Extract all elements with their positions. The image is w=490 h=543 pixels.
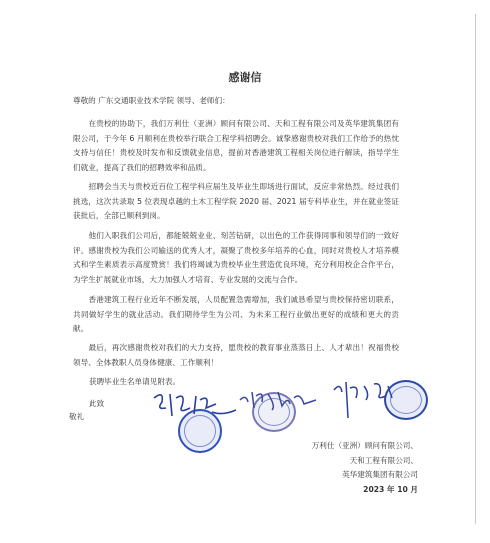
signatory-block: 万利仕（亚洲）顾问有限公司、 天和工程有限公司、 英华建筑集团有限公司 2023… bbox=[250, 439, 418, 497]
signature-3-icon bbox=[330, 378, 400, 423]
paragraph-5: 最后，再次感谢贵校对我们的大力支持，愿贵校的教育事业蒸蒸日上、人才辈出！祝福贵校… bbox=[73, 341, 399, 370]
page-edge-divider bbox=[475, 14, 476, 524]
paragraph-4: 香港建筑工程行业近年不断发展，人员配置急需增加，我们诚恳希望与贵校保持密切联系，… bbox=[73, 293, 399, 337]
letter-date: 2023 年 10 月 bbox=[250, 483, 418, 498]
signature-2-icon bbox=[238, 386, 318, 416]
attachment-note: 获聘毕业生名单请见附表。 bbox=[89, 376, 180, 387]
paragraph-3: 他们入职我们公司后，都能兢兢业业、刻苦钻研，以出色的工作获得同事和领导们的一致好… bbox=[73, 229, 399, 287]
closing-line-2: 敬礼 bbox=[69, 411, 84, 422]
signature-1-icon bbox=[150, 388, 240, 423]
signatory-1: 万利仕（亚洲）顾问有限公司、 bbox=[250, 439, 418, 454]
paragraph-2: 招聘会当天与贵校近百位工程学科应届生及毕业生即场进行面试，反应非常热烈。经过我们… bbox=[73, 180, 399, 224]
thank-you-letter: 感谢信 尊敬的 广东交通职业技术学院 领导、老师们： 在贵校的协助下，我们万利仕… bbox=[0, 0, 490, 543]
paragraph-1: 在贵校的协助下，我们万利仕（亚洲）顾问有限公司、天和工程有限公司及英华建筑集团有… bbox=[73, 117, 399, 175]
closing-line-1: 此致 bbox=[89, 398, 104, 409]
signatory-3: 英华建筑集团有限公司 bbox=[250, 468, 418, 483]
letter-title: 感谢信 bbox=[0, 69, 490, 85]
signatory-2: 天和工程有限公司、 bbox=[250, 454, 418, 469]
salutation: 尊敬的 广东交通职业技术学院 领导、老师们： bbox=[73, 95, 230, 106]
